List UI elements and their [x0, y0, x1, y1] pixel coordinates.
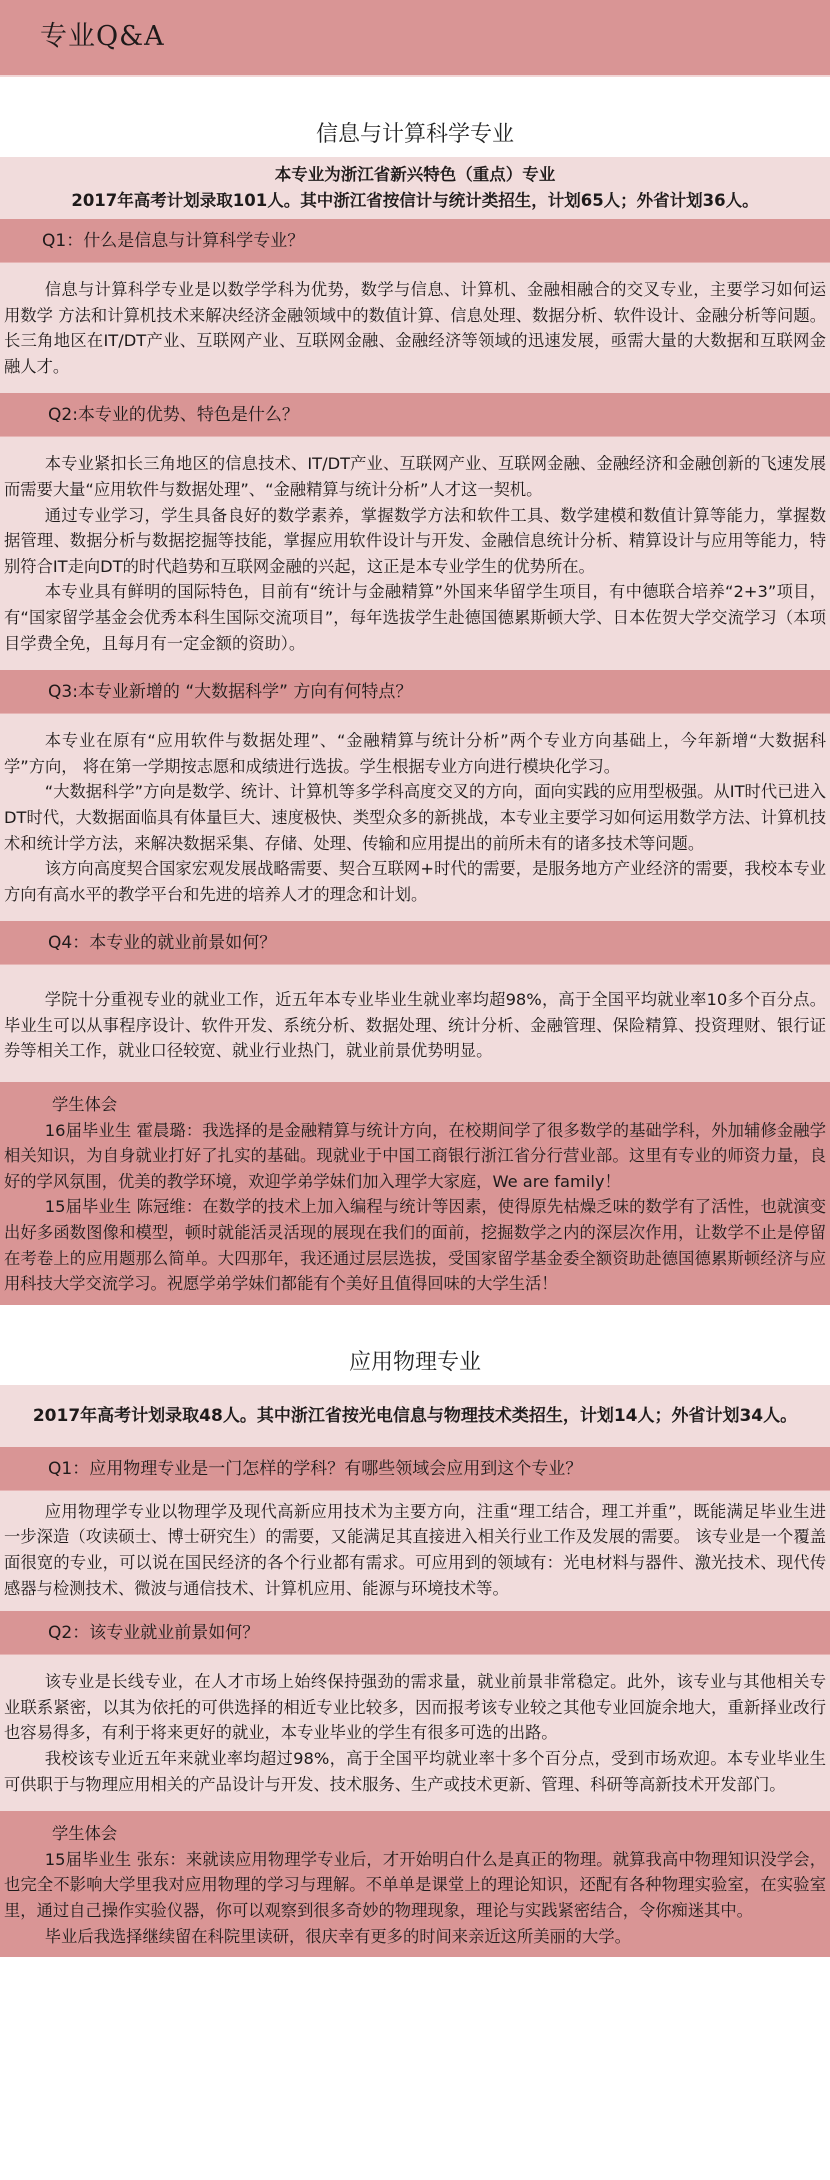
- answer-paragraph: 该方向高度契合国家宏观发展战略需要、契合互联网+时代的需要，是服务地方产业经济的…: [4, 856, 826, 907]
- answer-paragraph: 学院十分重视专业的就业工作，近五年本专业毕业生就业率均超98%，高于全国平均就业…: [4, 987, 826, 1064]
- answer-block: 该专业是长线专业，在人才市场上始终保持强劲的需求量，就业前景非常稳定。此外，该专…: [0, 1655, 830, 1811]
- question-heading: Q3:本专业新增的 “大数据科学” 方向有何特点？: [0, 670, 830, 714]
- answer-block: 本专业紧扣长三角地区的信息技术、IT/DT产业、互联网产业、互联网金融、金融经济…: [0, 437, 830, 670]
- answer-paragraph: 本专业在原有“应用软件与数据处理”、“金融精算与统计分析”两个专业方向基础上，今…: [4, 728, 826, 779]
- answer-paragraph: “大数据科学”方向是数学、统计、计算机等多学科高度交叉的方向，面向实践的应用型极…: [4, 779, 826, 856]
- major-intro: 本专业为浙江省新兴特色（重点）专业 2017年高考计划录取101人。其中浙江省按…: [0, 157, 830, 219]
- question-heading: Q1：应用物理专业是一门怎样的学科？有哪些领域会应用到这个专业？: [0, 1447, 830, 1491]
- answer-block: 本专业在原有“应用软件与数据处理”、“金融精算与统计分析”两个专业方向基础上，今…: [0, 714, 830, 921]
- answer-paragraph: 该专业是长线专业，在人才市场上始终保持强劲的需求量，就业前景非常稳定。此外，该专…: [4, 1669, 826, 1746]
- answer-paragraph: 应用物理学专业以物理学及现代高新应用技术为主要方向，注重“理工结合，理工并重”，…: [4, 1499, 826, 1601]
- stories-title: 学生体会: [4, 1821, 826, 1847]
- answer-block: 应用物理学专业以物理学及现代高新应用技术为主要方向，注重“理工结合，理工并重”，…: [0, 1491, 830, 1611]
- story-paragraph: 16届毕业生 霍晨璐：我选择的是金融精算与统计方向，在校期间学了很多数学的基础学…: [4, 1118, 826, 1195]
- answer-paragraph: 我校该专业近五年来就业率均超过98%，高于全国平均就业率十多个百分点，受到市场欢…: [4, 1746, 826, 1797]
- story-paragraph: 15届毕业生 张东：来就读应用物理学专业后，才开始明白什么是真正的物理。就算我高…: [4, 1847, 826, 1924]
- student-stories: 学生体会 15届毕业生 张东：来就读应用物理学专业后，才开始明白什么是真正的物理…: [0, 1811, 830, 1957]
- page-title: 专业Q&A: [40, 14, 830, 53]
- intro-line: 2017年高考计划录取101人。其中浙江省按信计与统计类招生，计划65人；外省计…: [6, 188, 824, 214]
- story-paragraph: 15届毕业生 陈冠维：在数学的技术上加入编程与统计等因素，使得原先枯燥乏味的数学…: [4, 1194, 826, 1296]
- question-heading: Q2:本专业的优势、特色是什么？: [0, 393, 830, 437]
- answer-block: 学院十分重视专业的就业工作，近五年本专业毕业生就业率均超98%，高于全国平均就业…: [0, 965, 830, 1082]
- major-section-info-computing: 信息与计算科学专业 本专业为浙江省新兴特色（重点）专业 2017年高考计划录取1…: [0, 77, 830, 1305]
- question-heading: Q2：该专业就业前景如何？: [0, 1611, 830, 1655]
- major-title: 信息与计算科学专业: [0, 77, 830, 157]
- intro-line: 本专业为浙江省新兴特色（重点）专业: [6, 162, 824, 188]
- answer-block: 信息与计算科学专业是以数学学科为优势，数学与信息、计算机、金融相融合的交叉专业，…: [0, 263, 830, 393]
- student-stories: 学生体会 16届毕业生 霍晨璐：我选择的是金融精算与统计方向，在校期间学了很多数…: [0, 1082, 830, 1305]
- question-heading: Q1：什么是信息与计算科学专业？: [0, 219, 830, 263]
- answer-paragraph: 通过专业学习，学生具备良好的数学素养，掌握数学方法和软件工具、数学建模和数值计算…: [4, 503, 826, 580]
- major-intro: 2017年高考计划录取48人。其中浙江省按光电信息与物理技术类招生，计划14人；…: [0, 1385, 830, 1447]
- answer-paragraph: 本专业紧扣长三角地区的信息技术、IT/DT产业、互联网产业、互联网金融、金融经济…: [4, 451, 826, 502]
- major-section-applied-physics: 应用物理专业 2017年高考计划录取48人。其中浙江省按光电信息与物理技术类招生…: [0, 1305, 830, 1957]
- answer-paragraph: 信息与计算科学专业是以数学学科为优势，数学与信息、计算机、金融相融合的交叉专业，…: [4, 277, 826, 379]
- page-header: 专业Q&A: [0, 0, 830, 77]
- intro-line: 2017年高考计划录取48人。其中浙江省按光电信息与物理技术类招生，计划14人；…: [6, 1403, 824, 1429]
- major-title: 应用物理专业: [0, 1305, 830, 1385]
- question-heading: Q4：本专业的就业前景如何？: [0, 921, 830, 965]
- stories-title: 学生体会: [4, 1092, 826, 1118]
- answer-paragraph: 本专业具有鲜明的国际特色，目前有“统计与金融精算”外国来华留学生项目，有中德联合…: [4, 579, 826, 656]
- story-paragraph: 毕业后我选择继续留在科院里读研，很庆幸有更多的时间来亲近这所美丽的大学。: [4, 1924, 826, 1950]
